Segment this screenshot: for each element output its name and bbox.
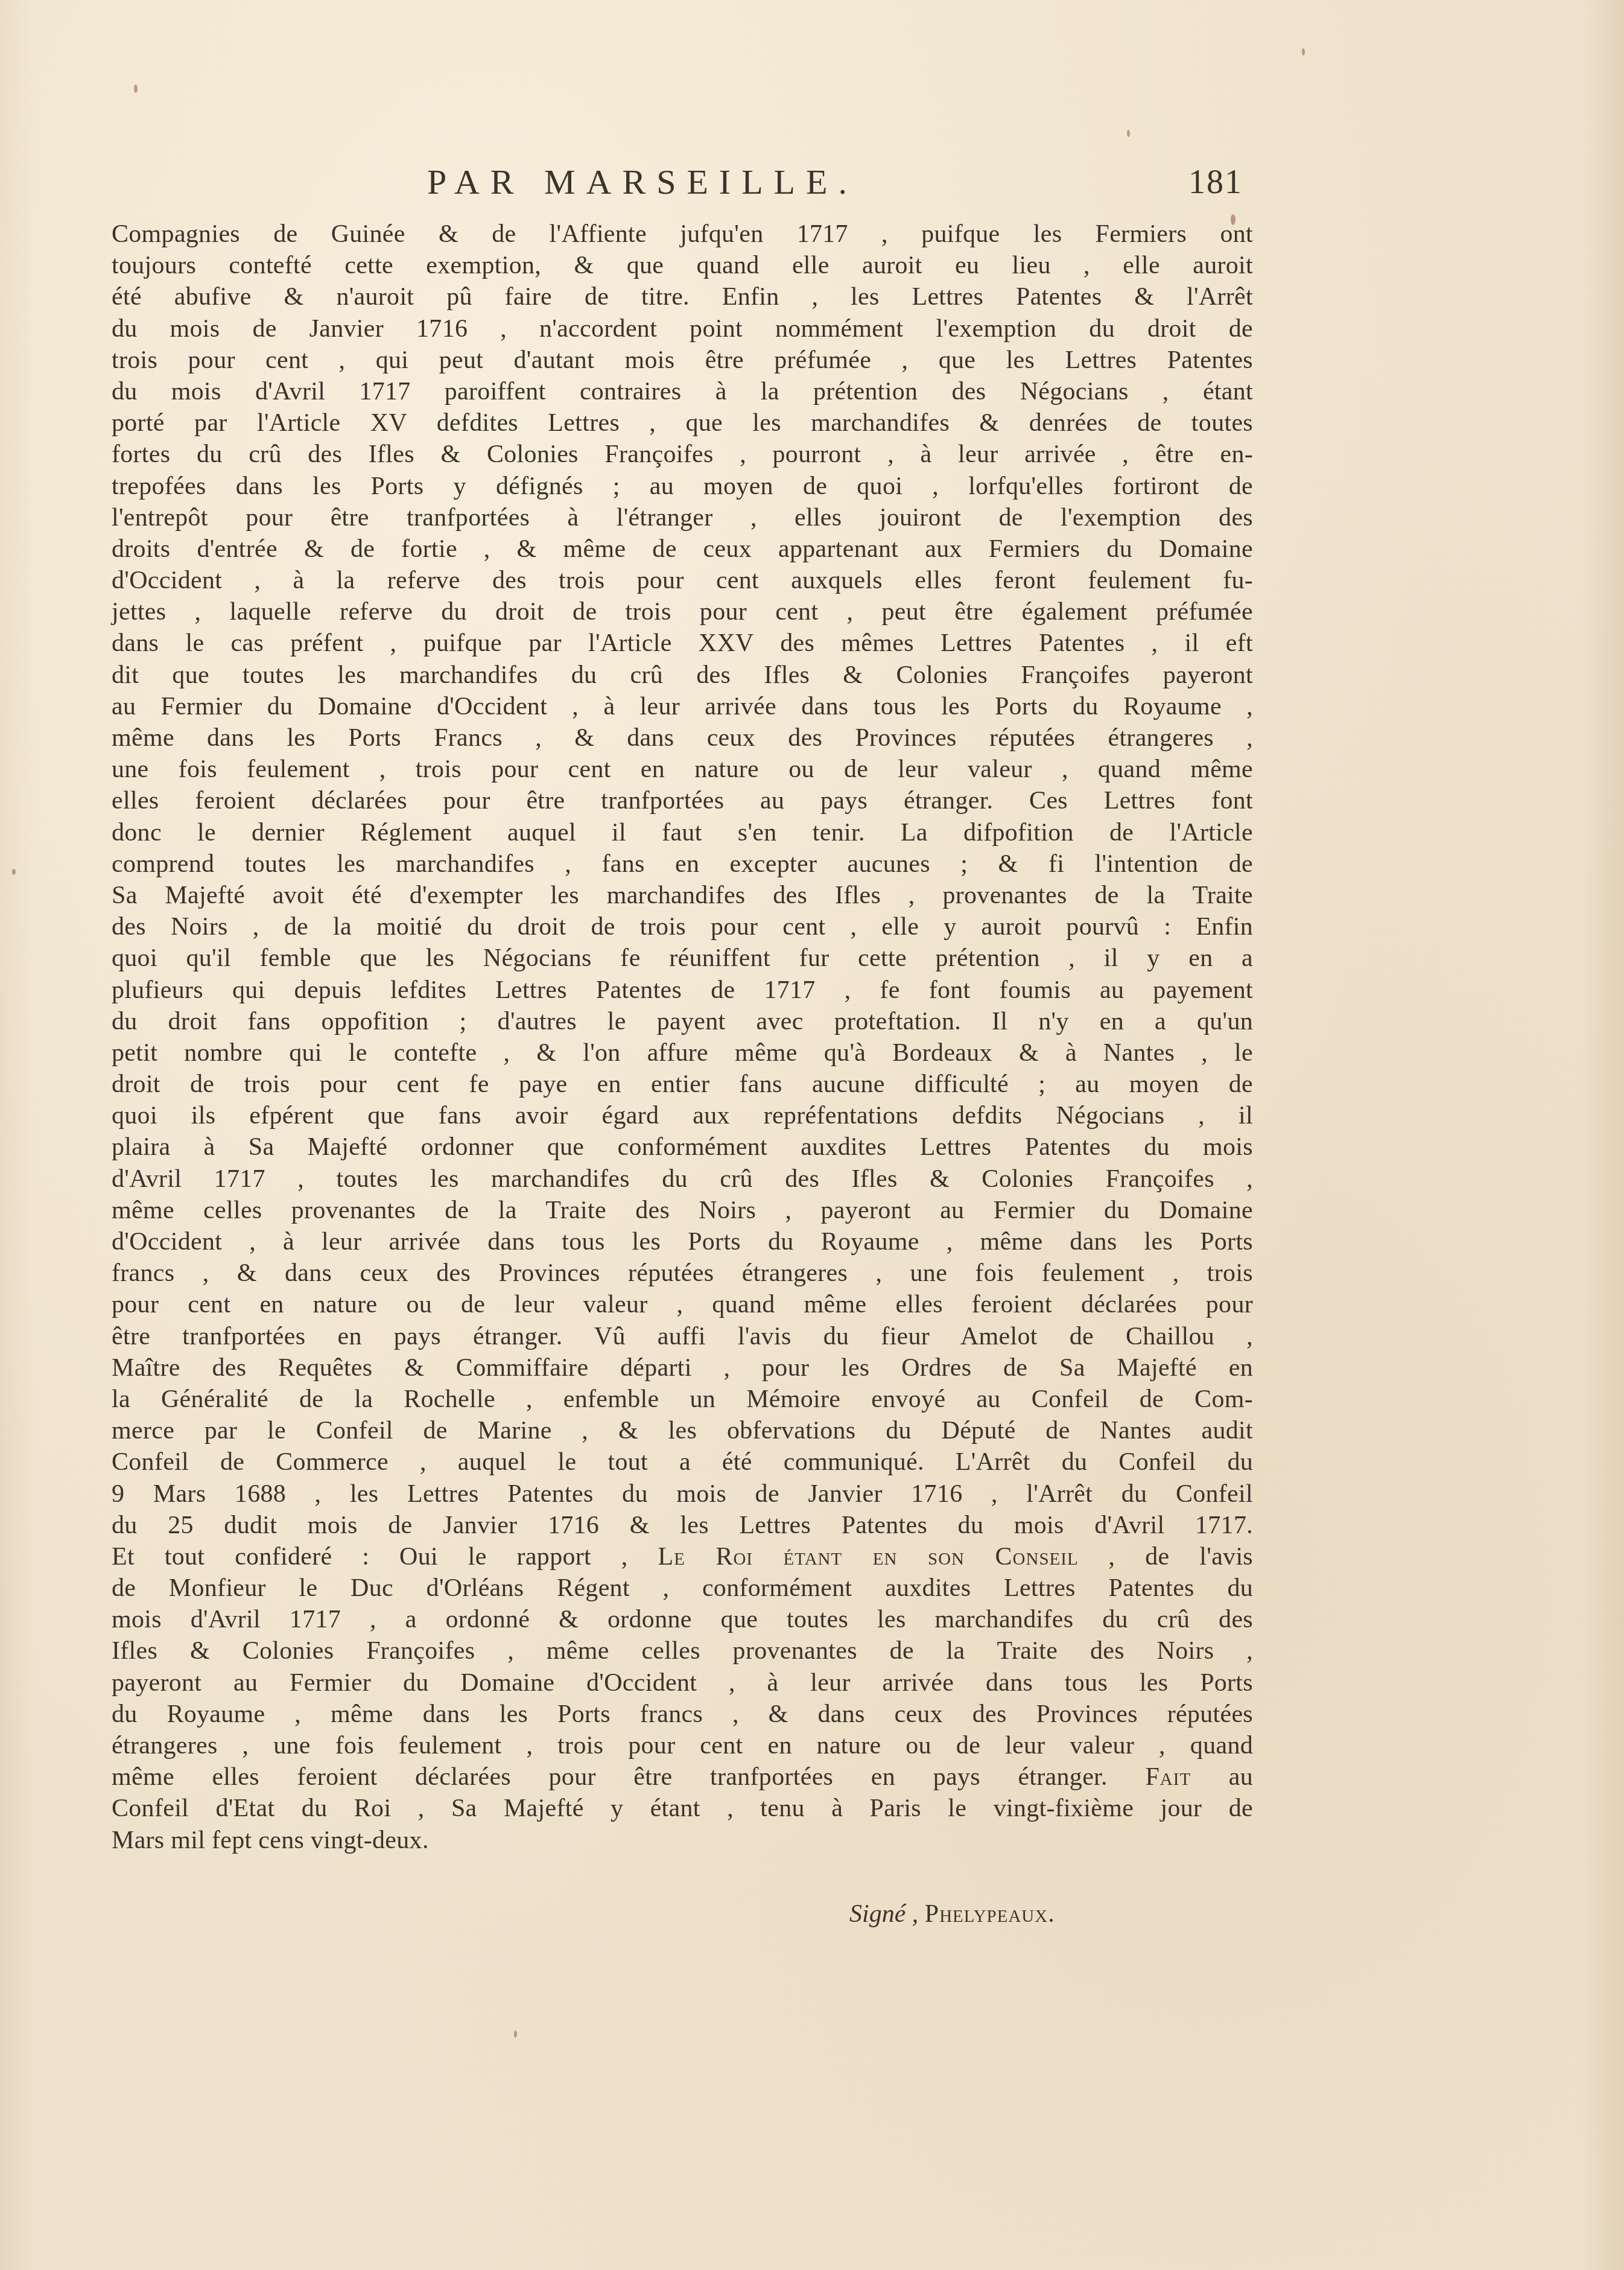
smallcaps-phrase: Fait bbox=[1145, 1763, 1191, 1791]
text-fragment: Et tout confideré : Oui le rapport , bbox=[112, 1543, 658, 1571]
text-line: fortes du crû des Ifles & Colonies Franç… bbox=[112, 439, 1253, 470]
text-line: 9 Mars 1688 , les Lettres Patentes du mo… bbox=[112, 1478, 1253, 1510]
paper-speck bbox=[1127, 130, 1130, 137]
running-title: PAR MARSEILLE. bbox=[427, 162, 858, 202]
text-line: donc le dernier Réglement auquel il faut… bbox=[112, 817, 1253, 848]
text-line: trois pour cent , qui peut d'autant mois… bbox=[112, 345, 1253, 376]
text-line: Sa Majefté avoit été d'exempter les marc… bbox=[112, 880, 1253, 911]
text-line: pour cent en nature ou de leur valeur , … bbox=[112, 1289, 1253, 1320]
paper-speck bbox=[12, 869, 16, 875]
text-line: Ifles & Colonies Françoifes , même celle… bbox=[112, 1635, 1253, 1667]
text-line: elles feroient déclarées pour être tranf… bbox=[112, 785, 1253, 816]
text-line: trepofées dans les Ports y défignés ; au… bbox=[112, 471, 1253, 502]
text-line: d'Avril 1717 , toutes les marchandifes d… bbox=[112, 1163, 1253, 1195]
text-line: porté par l'Article XV defdites Lettres … bbox=[112, 407, 1253, 439]
text-line: Compagnies de Guinée & de l'Affiente juf… bbox=[112, 218, 1253, 250]
text-line: au Fermier du Domaine d'Occident , à leu… bbox=[112, 691, 1253, 722]
text-line: comprend toutes les marchandifes , fans … bbox=[112, 848, 1253, 880]
text-line: Confeil de Commerce , auquel le tout a é… bbox=[112, 1446, 1253, 1478]
text-line: même elles feroient déclarées pour être … bbox=[112, 1761, 1253, 1793]
text-line: mois d'Avril 1717 , a ordonné & ordonne … bbox=[112, 1604, 1253, 1635]
text-line: être tranfportées en pays étranger. Vû a… bbox=[112, 1321, 1253, 1352]
text-line: une fois feulement , trois pour cent en … bbox=[112, 754, 1253, 785]
text-line: merce par le Confeil de Marine , & les o… bbox=[112, 1415, 1253, 1446]
text-line: Confeil d'Etat du Roi , Sa Majefté y éta… bbox=[112, 1793, 1253, 1824]
page-number: 181 bbox=[1188, 163, 1243, 202]
text-line: quoi qu'il femble que les Négocians fe r… bbox=[112, 943, 1253, 974]
text-line: d'Occident , à la referve des trois pour… bbox=[112, 565, 1253, 596]
paper-speck bbox=[514, 2030, 517, 2038]
text-line: quoi ils efpérent que fans avoir égard a… bbox=[112, 1100, 1253, 1131]
document-page: PAR MARSEILLE. 181 Compagnies de Guinée … bbox=[0, 0, 1624, 2270]
paper-speck bbox=[1302, 48, 1305, 56]
text-line: du mois de Janvier 1716 , n'accordent po… bbox=[112, 313, 1253, 345]
text-line: dans le cas préfent , puifque par l'Arti… bbox=[112, 628, 1253, 659]
text-line: plufieurs qui depuis lefdites Lettres Pa… bbox=[112, 974, 1253, 1006]
paper-speck bbox=[1231, 214, 1235, 225]
text-line: Et tout confideré : Oui le rapport , Le … bbox=[112, 1541, 1253, 1572]
text-fragment: , de l'avis bbox=[1079, 1543, 1253, 1571]
text-line: jettes , laquelle referve du droit de tr… bbox=[112, 596, 1253, 628]
text-line: l'entrepôt pour être tranfportées à l'ét… bbox=[112, 502, 1253, 533]
signatory-name: Phelypeaux. bbox=[925, 1900, 1055, 1928]
text-line: toujours contefté cette exemption, & que… bbox=[112, 250, 1253, 281]
text-line: Mars mil fept cens vingt-deux. bbox=[112, 1825, 1253, 1856]
body-text: Compagnies de Guinée & de l'Affiente juf… bbox=[112, 218, 1253, 1856]
text-line: du 25 dudit mois de Janvier 1716 & les L… bbox=[112, 1510, 1253, 1541]
signature: Signé , Phelypeaux. bbox=[849, 1900, 1055, 1928]
paper-speck bbox=[134, 84, 138, 93]
text-line: de Monfieur le Duc d'Orléans Régent , co… bbox=[112, 1572, 1253, 1604]
smallcaps-phrase: Le Roi étant en son Conseil bbox=[658, 1543, 1078, 1571]
text-line: du Royaume , même dans les Ports francs … bbox=[112, 1699, 1253, 1730]
text-line: d'Occident , à leur arrivée dans tous le… bbox=[112, 1226, 1253, 1257]
text-line: la Généralité de la Rochelle , enfemble … bbox=[112, 1384, 1253, 1415]
text-fragment: même elles feroient déclarées pour être … bbox=[112, 1763, 1145, 1791]
text-line: petit nombre qui le contefte , & l'on af… bbox=[112, 1037, 1253, 1069]
text-line: francs , & dans ceux des Provinces réput… bbox=[112, 1257, 1253, 1289]
text-line: été abufive & n'auroit pû faire de titre… bbox=[112, 281, 1253, 313]
text-line: Maître des Requêtes & Commiffaire départ… bbox=[112, 1352, 1253, 1384]
text-line: droits d'entrée & de fortie , & même de … bbox=[112, 533, 1253, 565]
text-line: étrangeres , une fois feulement , trois … bbox=[112, 1730, 1253, 1761]
text-line: même celles provenantes de la Traite des… bbox=[112, 1195, 1253, 1226]
text-line: des Noirs , de la moitié du droit de tro… bbox=[112, 911, 1253, 943]
running-head: PAR MARSEILLE. 181 bbox=[0, 162, 1624, 210]
text-line: plaira à Sa Majefté ordonner que conform… bbox=[112, 1131, 1253, 1163]
text-line: dit que toutes les marchandifes du crû d… bbox=[112, 660, 1253, 691]
text-line: droit de trois pour cent fe paye en enti… bbox=[112, 1069, 1253, 1100]
text-line: du mois d'Avril 1717 paroiffent contrair… bbox=[112, 376, 1253, 407]
signature-label: Signé , bbox=[849, 1900, 918, 1928]
text-line: du droit fans oppofition ; d'autres le p… bbox=[112, 1006, 1253, 1037]
text-line: payeront au Fermier du Domaine d'Occiden… bbox=[112, 1667, 1253, 1699]
text-fragment: au bbox=[1191, 1763, 1253, 1791]
text-line: même dans les Ports Francs , & dans ceux… bbox=[112, 722, 1253, 754]
